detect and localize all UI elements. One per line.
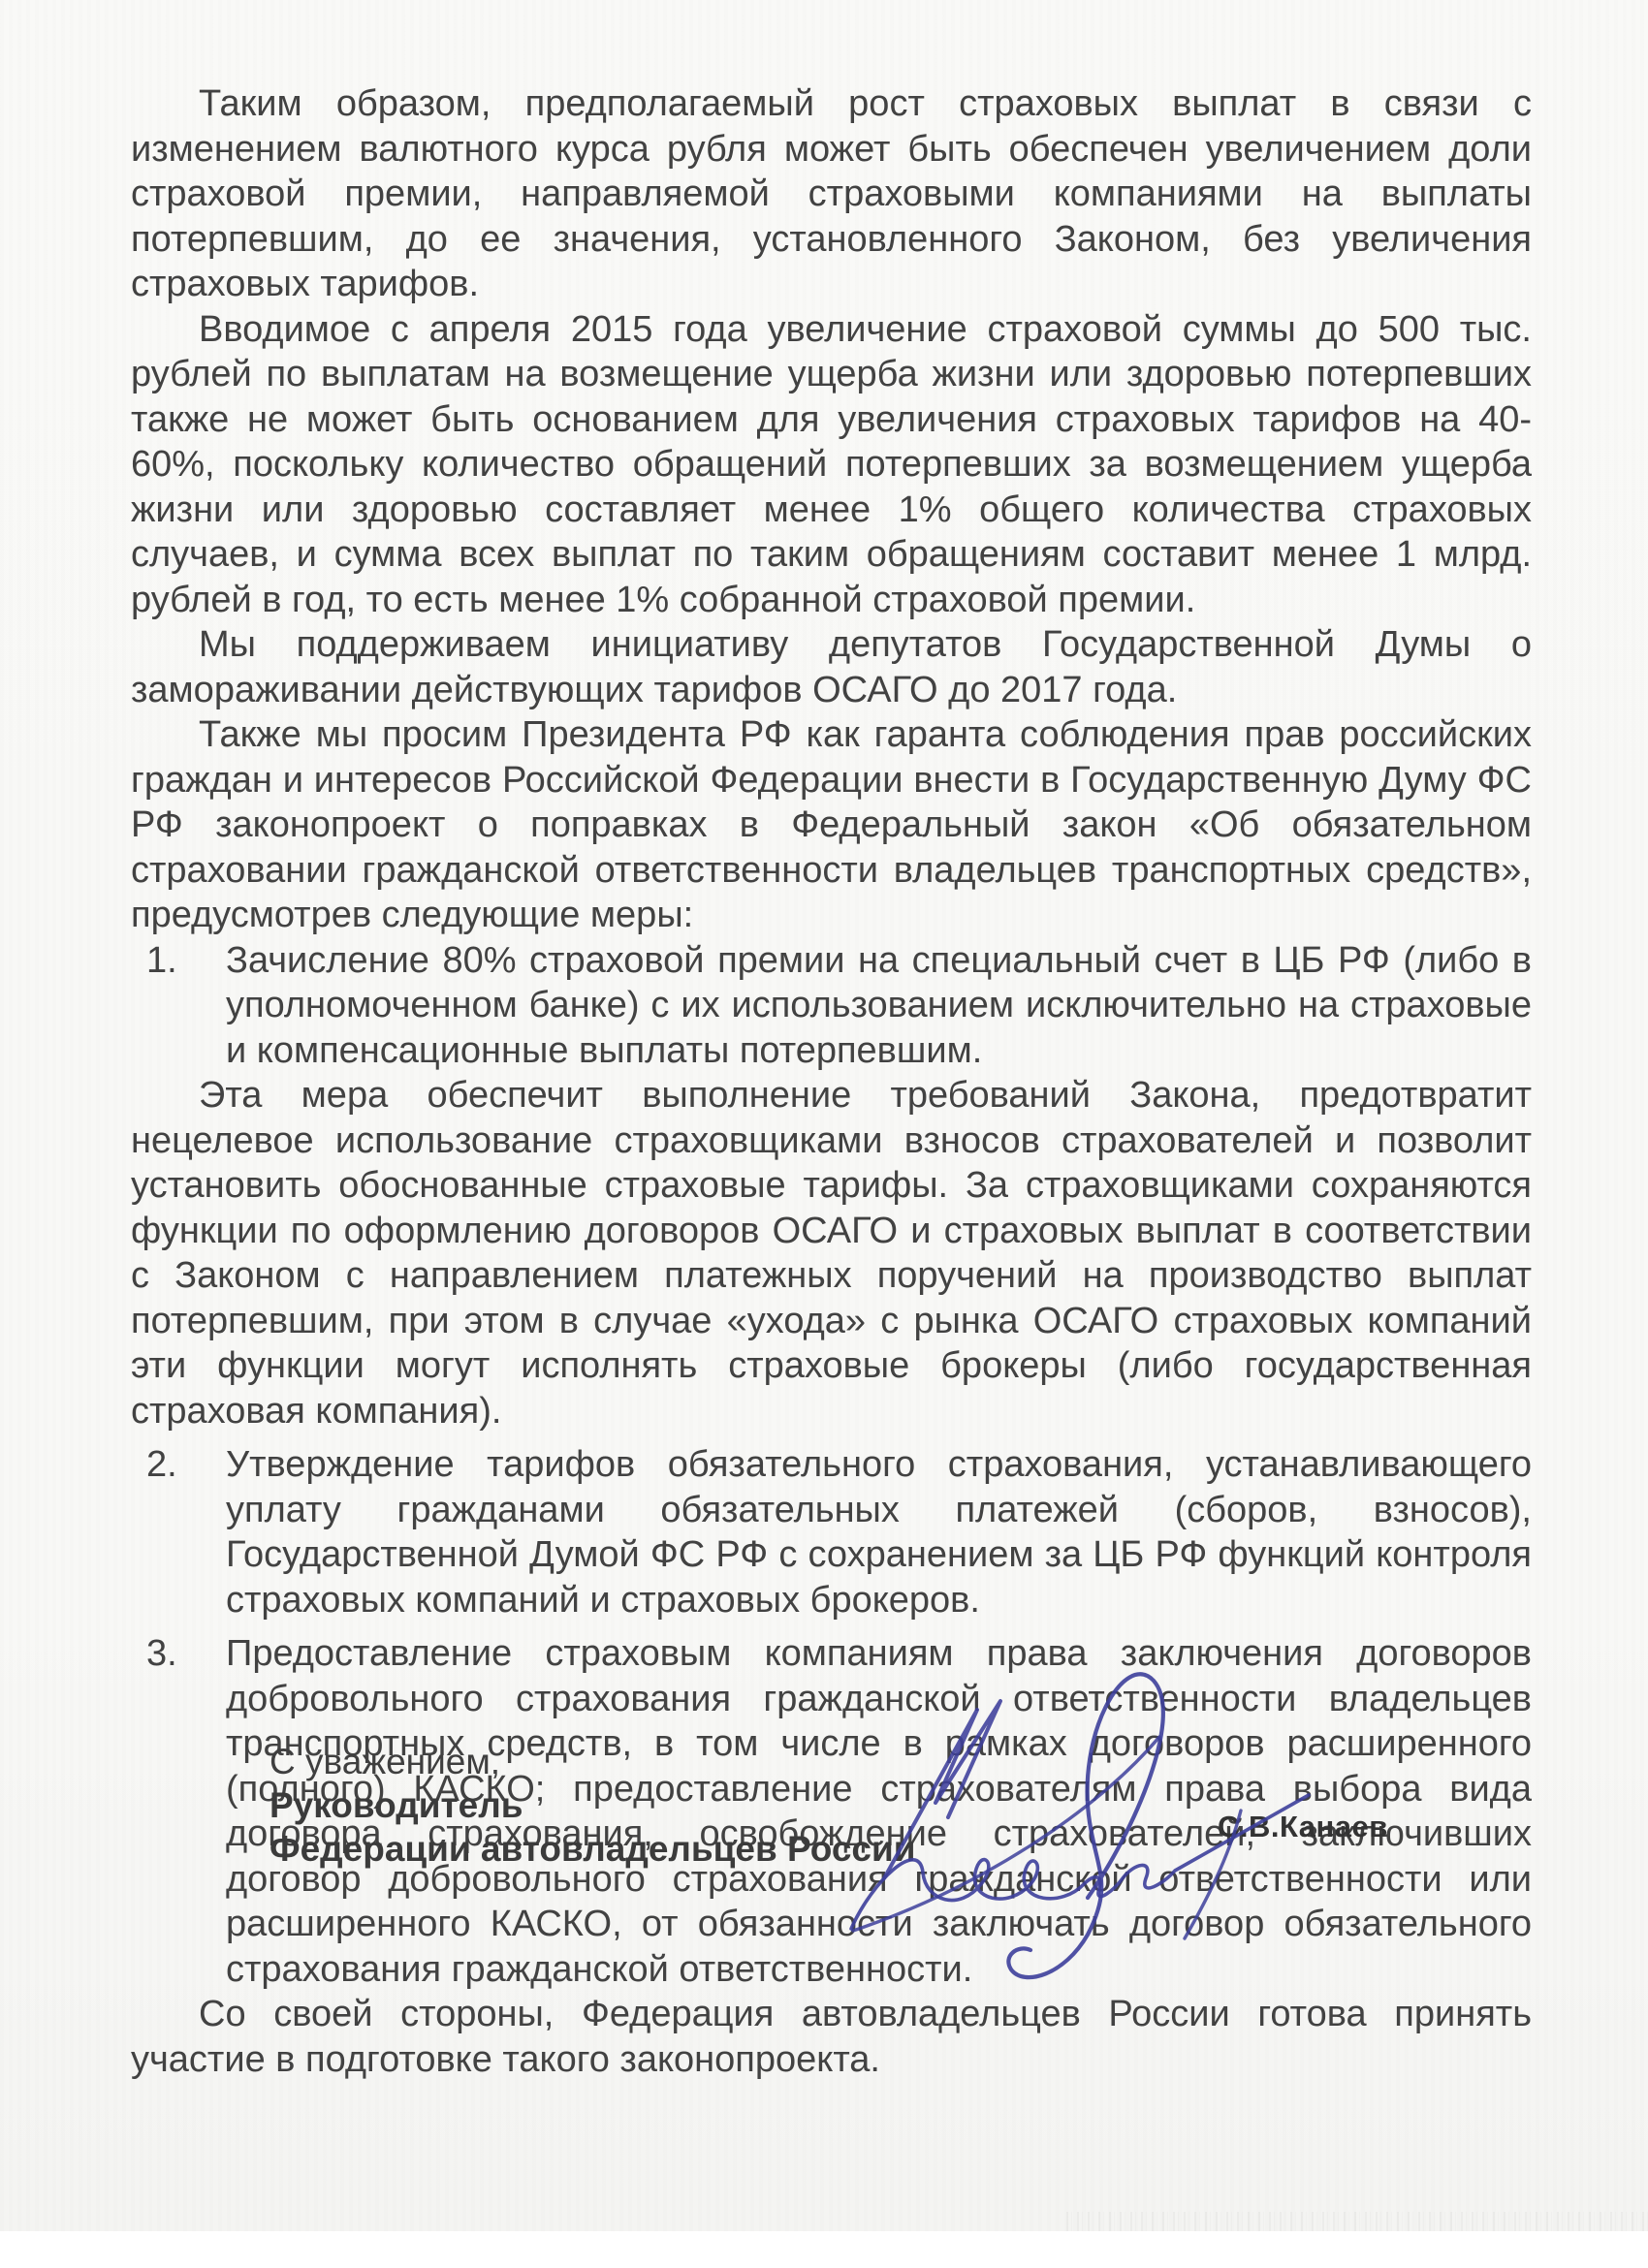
- list-item-3-number: 3.: [131, 1631, 226, 1992]
- paragraph-request-president: Также мы просим Президента РФ как гарант…: [131, 712, 1532, 938]
- signer-title: Руководитель: [269, 1783, 916, 1827]
- closing-salutation: С уважением,: [269, 1740, 916, 1783]
- paragraph-measure-explanation: Эта мера обеспечит выполнение требований…: [131, 1073, 1532, 1433]
- signer-name: С.В.Канаев: [1218, 1810, 1388, 1844]
- list-item-2-number: 2.: [131, 1442, 226, 1622]
- signer-organization: Федерации автовладельцев России: [269, 1827, 916, 1871]
- scan-noise-artifact: [1066, 2212, 1648, 2231]
- list-item-2: 2. Утверждение тарифов обязательного стр…: [131, 1442, 1532, 1622]
- list-item-1-text: Зачисление 80% страховой премии на специ…: [226, 938, 1532, 1074]
- closing-block: С уважением, Руководитель Федерации авто…: [269, 1740, 916, 1871]
- paragraph-currency-rate: Таким образом, предполагаемый рост страх…: [131, 81, 1532, 307]
- list-item-1: 1. Зачисление 80% страховой премии на сп…: [131, 938, 1532, 1074]
- paragraph-readiness: Со своей стороны, Федерация автовладельц…: [131, 1992, 1532, 2082]
- scanned-letter-page: Таким образом, предполагаемый рост страх…: [0, 0, 1648, 2268]
- list-item-2-text: Утверждение тарифов обязательного страхо…: [226, 1442, 1532, 1622]
- paragraph-sum-increase: Вводимое с апреля 2015 года увеличение с…: [131, 307, 1532, 623]
- list-item-1-number: 1.: [131, 938, 226, 1074]
- paragraph-support-initiative: Мы поддерживаем инициативу депутатов Гос…: [131, 622, 1532, 712]
